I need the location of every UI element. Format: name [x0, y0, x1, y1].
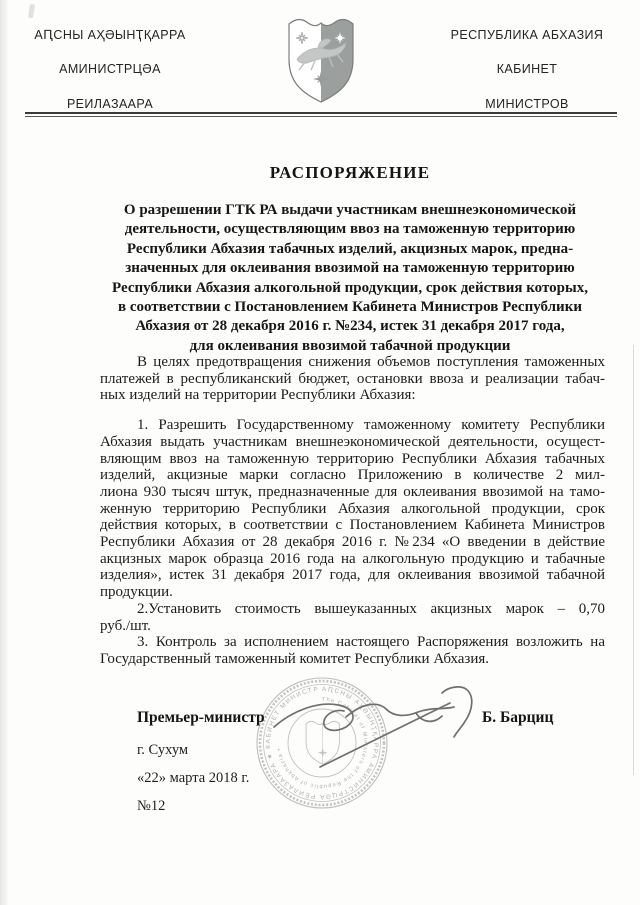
document-number: №12	[137, 798, 165, 815]
issue-place: г. Сухум	[137, 742, 188, 759]
issue-date: «22» марта 2018 г.	[137, 770, 249, 787]
body-paragraph-item-2: 2.Установить стоимость вышеуказанных акц…	[100, 601, 605, 634]
text-line: Республики Абхазия алкогольной продукции…	[95, 279, 605, 298]
scan-smudge-mark	[28, 4, 35, 19]
text-line: лиона 930 тысяч штук, предназначенные дл…	[100, 484, 605, 501]
text-line: изделия», истек 31 декабря 2017 года, дл…	[100, 567, 605, 584]
text-line: значенных для оклеивания ввозимой на там…	[95, 259, 605, 278]
text-line: Республики Абхазия от 28 декабря 2016 г.…	[100, 534, 605, 551]
document-subject: О разрешении ГТК РА выдачи участникам вн…	[95, 201, 605, 356]
text-line: в соответствии с Постановлением Кабинета…	[95, 298, 605, 317]
text-line: РЕСПУБЛИКА АБХАЗИЯ	[447, 26, 607, 45]
text-line: платежей в республиканский бюджет, остан…	[100, 371, 605, 388]
signatory-post-label: Премьер-министр	[137, 709, 265, 727]
text-line: 1. Разрешить Государственному таможенном…	[100, 417, 605, 434]
scan-edge-shadow	[0, 0, 9, 905]
state-emblem-icon	[285, 15, 357, 110]
text-line: О разрешении ГТК РА выдачи участникам вн…	[95, 201, 605, 220]
text-line: КАБИНЕТ	[447, 60, 607, 79]
document-body: В целях предотвращения снижения объемов …	[100, 354, 605, 668]
text-line: В целях предотвращения снижения объемов …	[100, 354, 605, 371]
text-line: АԤСНЫ АҲӘЫНҬҚАРРА	[30, 26, 190, 45]
text-line: 3. Контроль за исполнением настоящего Ра…	[100, 634, 605, 651]
text-line: женную территорию Республики Абхазия алк…	[100, 501, 605, 518]
text-line: Абхазия выдать участникам внешнеэкономич…	[100, 434, 605, 451]
header-divider-rule	[25, 112, 617, 117]
text-line: изделий, акцизные марки согласно Приложе…	[100, 467, 605, 484]
signature-scribble-icon	[266, 681, 494, 778]
text-line: ных изделий на территории Республики Абх…	[100, 387, 605, 404]
text-line: действия которых, в соответствии с Поста…	[100, 517, 605, 534]
body-paragraph-item-3: 3. Контроль за исполнением настоящего Ра…	[100, 634, 605, 667]
document-page: АԤСНЫ АҲӘЫНҬҚАРРААМИНИСТРЦӘАРЕИЛАЗААРА	[0, 0, 640, 905]
text-line: деятельности, осуществляющим ввоз на там…	[95, 220, 605, 239]
document-type-title: РАСПОРЯЖЕНИЕ	[97, 163, 603, 183]
text-line: Республики Абхазия табачных изделий, акц…	[95, 240, 605, 259]
text-line: акцизных марок образца 2016 года на алко…	[100, 551, 605, 568]
text-line: Абхазия от 28 декабря 2016 г. №234, исте…	[95, 317, 605, 336]
text-line: руб./шт.	[100, 618, 605, 635]
text-line: вляющим ввоз на таможенную территорию Ре…	[100, 451, 605, 468]
text-line: продукции.	[100, 584, 605, 601]
signatory-name: Б. Барциц	[482, 709, 553, 727]
text-line: 2.Установить стоимость вышеуказанных акц…	[100, 601, 605, 618]
body-paragraph-item-1: 1. Разрешить Государственному таможенном…	[100, 417, 605, 601]
scan-edge-line	[633, 345, 634, 775]
text-line: Государственный таможенный комитет Респу…	[100, 651, 605, 668]
body-paragraph-preamble: В целях предотвращения снижения объемов …	[100, 354, 605, 404]
text-line: АМИНИСТРЦӘА	[30, 60, 190, 79]
